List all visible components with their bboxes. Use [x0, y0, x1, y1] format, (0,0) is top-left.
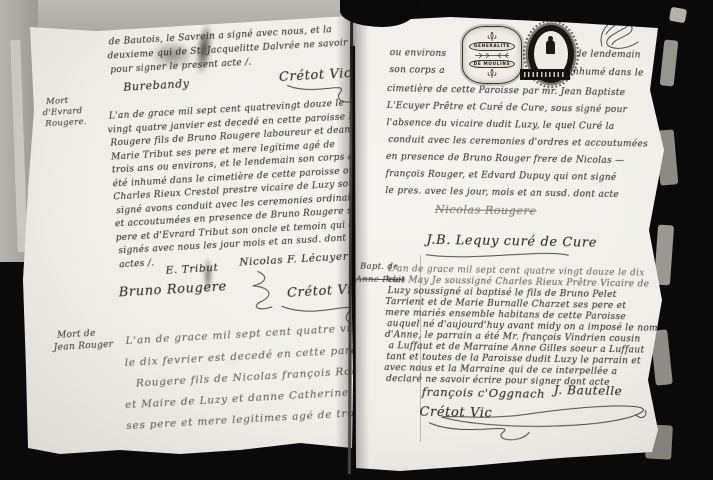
right-page-paper: GENERALITE DE MOULINS 3e ou environs et … — [0, 0, 713, 480]
manuscript-line: françois Rouger, et Edvard Dupuy qui ont… — [386, 169, 617, 183]
manuscript-line: l'absence du vicaire dudit Luzy, le quel… — [386, 118, 614, 132]
manuscript-line: L'Ecuyer Prêtre et Curé de Cure, sous si… — [387, 101, 628, 115]
gutter-shadow — [355, 18, 369, 470]
struck-signature: Nicolas Rougere — [435, 203, 537, 218]
register-scan: de Bautois, le Savrein a signé avec nous… — [0, 0, 713, 480]
manuscript-line: son corps a — [389, 65, 445, 76]
manuscript-line: conduit avec les ceremonies d'ordres et … — [388, 135, 648, 150]
signature-flourish — [423, 419, 533, 447]
paraph-flourish — [592, 12, 648, 56]
right-page-content: ou environs et le lendemain son corps a … — [378, 40, 657, 475]
manuscript-line: cimetière de cette Paroisse par mr. Jean… — [387, 84, 625, 98]
fleur-de-lis-icon — [487, 32, 497, 41]
signature-flourish — [422, 245, 572, 264]
manuscript-line: ou environs — [390, 48, 447, 59]
generalite-cartouche-stamp-icon: GENERALITE DE MOULINS — [462, 26, 522, 84]
manuscript-line: le pres. avec les jour, mois et an susd.… — [385, 186, 619, 200]
laurel-branch-icon — [474, 52, 510, 59]
manuscript-line: en presence de Bruno Rouger frere de Nic… — [386, 152, 625, 166]
seated-figure-icon — [546, 40, 555, 54]
fleur-de-lis-icon — [487, 69, 497, 78]
oval-seal-stamp-icon — [520, 22, 570, 84]
stamp-band-text: GENERALITE — [469, 42, 515, 50]
seal-band — [520, 69, 570, 80]
right-page: GENERALITE DE MOULINS 3e ou environs et … — [0, 0, 713, 480]
folio-number: 3e — [648, 16, 658, 25]
stamp-band-text: DE MOULINS — [469, 60, 516, 68]
